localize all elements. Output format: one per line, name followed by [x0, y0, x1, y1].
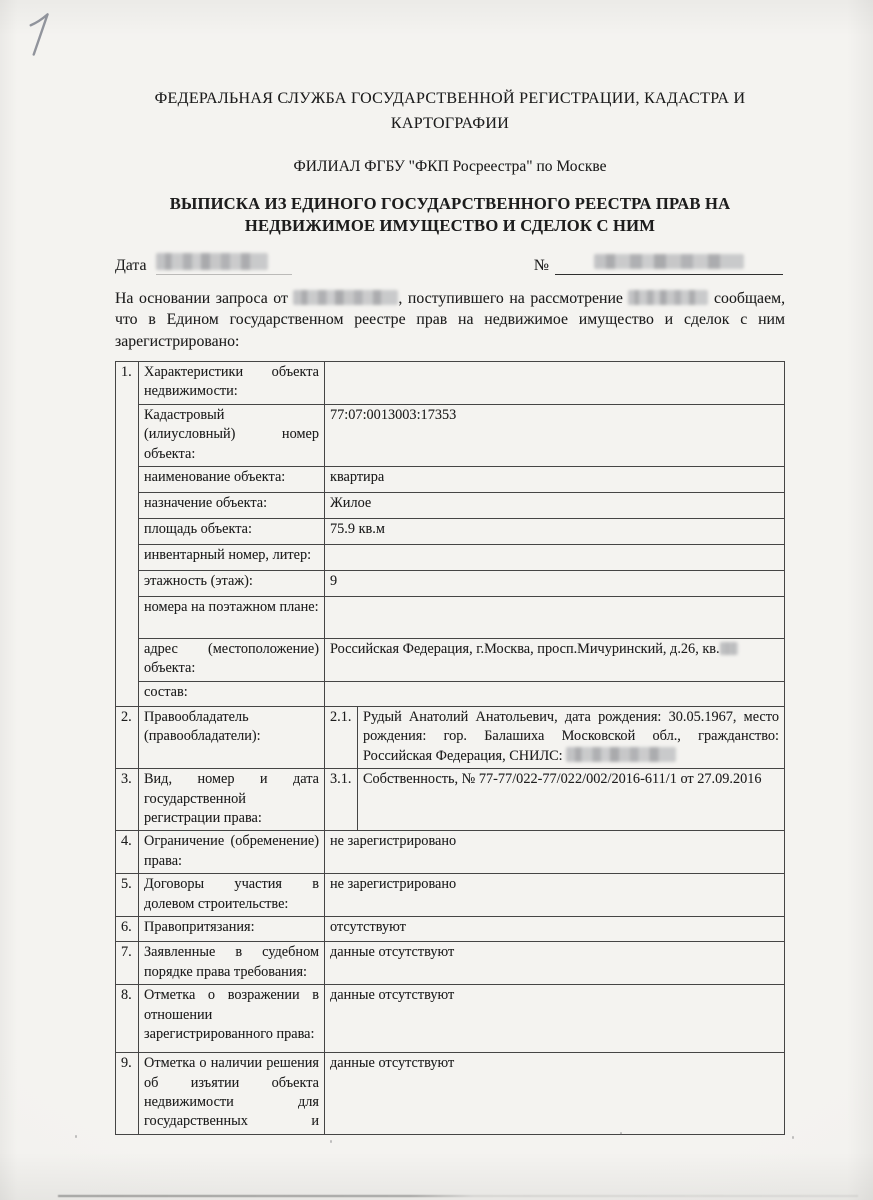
cell-value: квартира: [325, 466, 785, 492]
cell-value: 77:07:0013003:17353: [325, 404, 785, 466]
scan-speck: [75, 1135, 77, 1138]
row-restriction: 4. Ограничение (обременение) права: не з…: [116, 831, 785, 874]
scan-speck: [620, 1132, 622, 1135]
cell-value: 75.9 кв.м: [325, 518, 785, 544]
cell-label: назначение объекта:: [139, 492, 325, 518]
row-cadastral-number: Кадастровый (илиусловный) номер объекта:…: [116, 404, 785, 466]
row-court-claims: 7. Заявленные в судебном порядке права т…: [116, 942, 785, 985]
date-label: Дата: [115, 257, 147, 275]
cell-value: не зарегистрировано: [325, 874, 785, 917]
date-group: Дата: [115, 253, 292, 275]
cell-value: 9: [325, 570, 785, 596]
cell-value: данные отсутствуют: [325, 942, 785, 985]
cell-value: [325, 544, 785, 570]
cell-section-number: 7.: [116, 942, 139, 985]
cell-section-number: 1.: [116, 361, 139, 706]
cell-value: данные отсутствуют: [325, 985, 785, 1053]
cell-label: площадь объекта:: [139, 518, 325, 544]
row-shared-construction: 5. Договоры участия в долевом строительс…: [116, 874, 785, 917]
handwritten-page-number: [24, 9, 58, 64]
cell-section-number: 4.: [116, 831, 139, 874]
cell-value: Российская Федерация, г.Москва, просп.Ми…: [325, 638, 785, 681]
row-inventory-number: инвентарный номер, литер:: [116, 544, 785, 570]
cell-value: Рудый Анатолий Анатольевич, дата рождени…: [358, 706, 785, 768]
cell-label: наименование объекта:: [139, 466, 325, 492]
cell-value: [325, 681, 785, 706]
scan-speck: [792, 1136, 794, 1139]
cell-section-number: 5.: [116, 874, 139, 917]
handwritten-one-glyph: [25, 9, 58, 59]
row-floors: этажность (этаж): 9: [116, 570, 785, 596]
cell-sub-number: 2.1.: [325, 706, 358, 768]
redacted-review-date: [628, 290, 708, 305]
redacted-request-date: [293, 290, 398, 305]
redacted-number-value: [594, 254, 744, 269]
cell-label: Договоры участия в долевом строительстве…: [139, 874, 325, 917]
cell-label: номера на поэтажном плане:: [139, 596, 325, 638]
address-text: Российская Федерация, г.Москва, просп.Ми…: [330, 641, 720, 657]
number-label: №: [534, 257, 549, 275]
cell-value: не зарегистрировано: [325, 831, 785, 874]
redacted-apartment-number: [720, 642, 738, 655]
row-seizure-note: 9. Отметка о наличии решения об изъятии …: [116, 1053, 785, 1135]
cell-label: Характеристики объекта недвижимости:: [139, 361, 325, 404]
cell-label: Правообладатель (правообладатели):: [139, 706, 325, 768]
cell-label: этажность (этаж):: [139, 570, 325, 596]
cell-section-number: 8.: [116, 985, 139, 1053]
cell-value: Собственность, № 77-77/022-77/022/002/20…: [358, 769, 785, 831]
scan-edge-artifact: [58, 1195, 858, 1197]
row-rights-holder: 2. Правообладатель (правообладатели): 2.…: [116, 706, 785, 768]
cell-label: инвентарный номер, литер:: [139, 544, 325, 570]
row-object-area: площадь объекта: 75.9 кв.м: [116, 518, 785, 544]
branch-name: ФИЛИАЛ ФГБУ "ФКП Росреестра" по Москве: [115, 158, 785, 176]
cell-section-number: 9.: [116, 1053, 139, 1135]
cell-label: Отметка о возражении в отношении зарегис…: [139, 985, 325, 1053]
row-floor-plan-numbers: номера на поэтажном плане:: [116, 596, 785, 638]
meta-row: Дата №: [115, 253, 785, 275]
row-object-name: наименование объекта: квартира: [116, 466, 785, 492]
cell-label: состав:: [139, 681, 325, 706]
cell-section-number: 6.: [116, 917, 139, 942]
intro-paragraph: На основании запроса от , поступившего н…: [115, 288, 785, 351]
row-object-purpose: назначение объекта: Жилое: [116, 492, 785, 518]
redacted-date-value: [156, 253, 268, 270]
redacted-snils: [566, 747, 676, 762]
row-composition: состав:: [116, 681, 785, 706]
date-underline: [156, 253, 292, 275]
cell-value: отсутствуют: [325, 917, 785, 942]
cell-section-number: 2.: [116, 706, 139, 768]
scan-speck: [330, 1140, 332, 1143]
cell-section-number: 3.: [116, 769, 139, 831]
intro-seg-1: На основании запроса от: [115, 290, 288, 307]
row-registration-record: 3. Вид, номер и дата государственной рег…: [116, 769, 785, 831]
row-legal-claims: 6. Правопритязания: отсутствуют: [116, 917, 785, 942]
cell-value: [325, 596, 785, 638]
row-objection-note: 8. Отметка о возражении в отношении заре…: [116, 985, 785, 1053]
row-characteristics-header: 1. Характеристики объекта недвижимости:: [116, 361, 785, 404]
scanned-document-page: ФЕДЕРАЛЬНАЯ СЛУЖБА ГОСУДАРСТВЕННОЙ РЕГИС…: [0, 0, 873, 1200]
cell-label: Вид, номер и дата государственной регист…: [139, 769, 325, 831]
number-group: №: [534, 254, 783, 275]
number-underline: [555, 254, 783, 275]
cell-sub-number: 3.1.: [325, 769, 358, 831]
agency-name: ФЕДЕРАЛЬНАЯ СЛУЖБА ГОСУДАРСТВЕННОЙ РЕГИС…: [115, 86, 785, 137]
document-content: ФЕДЕРАЛЬНАЯ СЛУЖБА ГОСУДАРСТВЕННОЙ РЕГИС…: [115, 0, 785, 1135]
row-address: адрес (местоположение) объекта: Российск…: [116, 638, 785, 681]
cell-label: адрес (местоположение) объекта:: [139, 638, 325, 681]
cell-label: Кадастровый (илиусловный) номер объекта:: [139, 404, 325, 466]
document-title: ВЫПИСКА ИЗ ЕДИНОГО ГОСУДАРСТВЕННОГО РЕЕС…: [123, 193, 778, 239]
registry-table: 1. Характеристики объекта недвижимости: …: [115, 361, 785, 1135]
cell-label: Заявленные в судебном порядке права треб…: [139, 942, 325, 985]
cell-label: Отметка о наличии решения об изъятии объ…: [139, 1053, 325, 1135]
cell-label: Ограничение (обременение) права:: [139, 831, 325, 874]
cell-value: [325, 361, 785, 404]
intro-seg-2: , поступившего на рассмотрение: [398, 290, 623, 307]
cell-value: данные отсутствуют: [325, 1053, 785, 1135]
cell-label: Правопритязания:: [139, 917, 325, 942]
cell-value: Жилое: [325, 492, 785, 518]
